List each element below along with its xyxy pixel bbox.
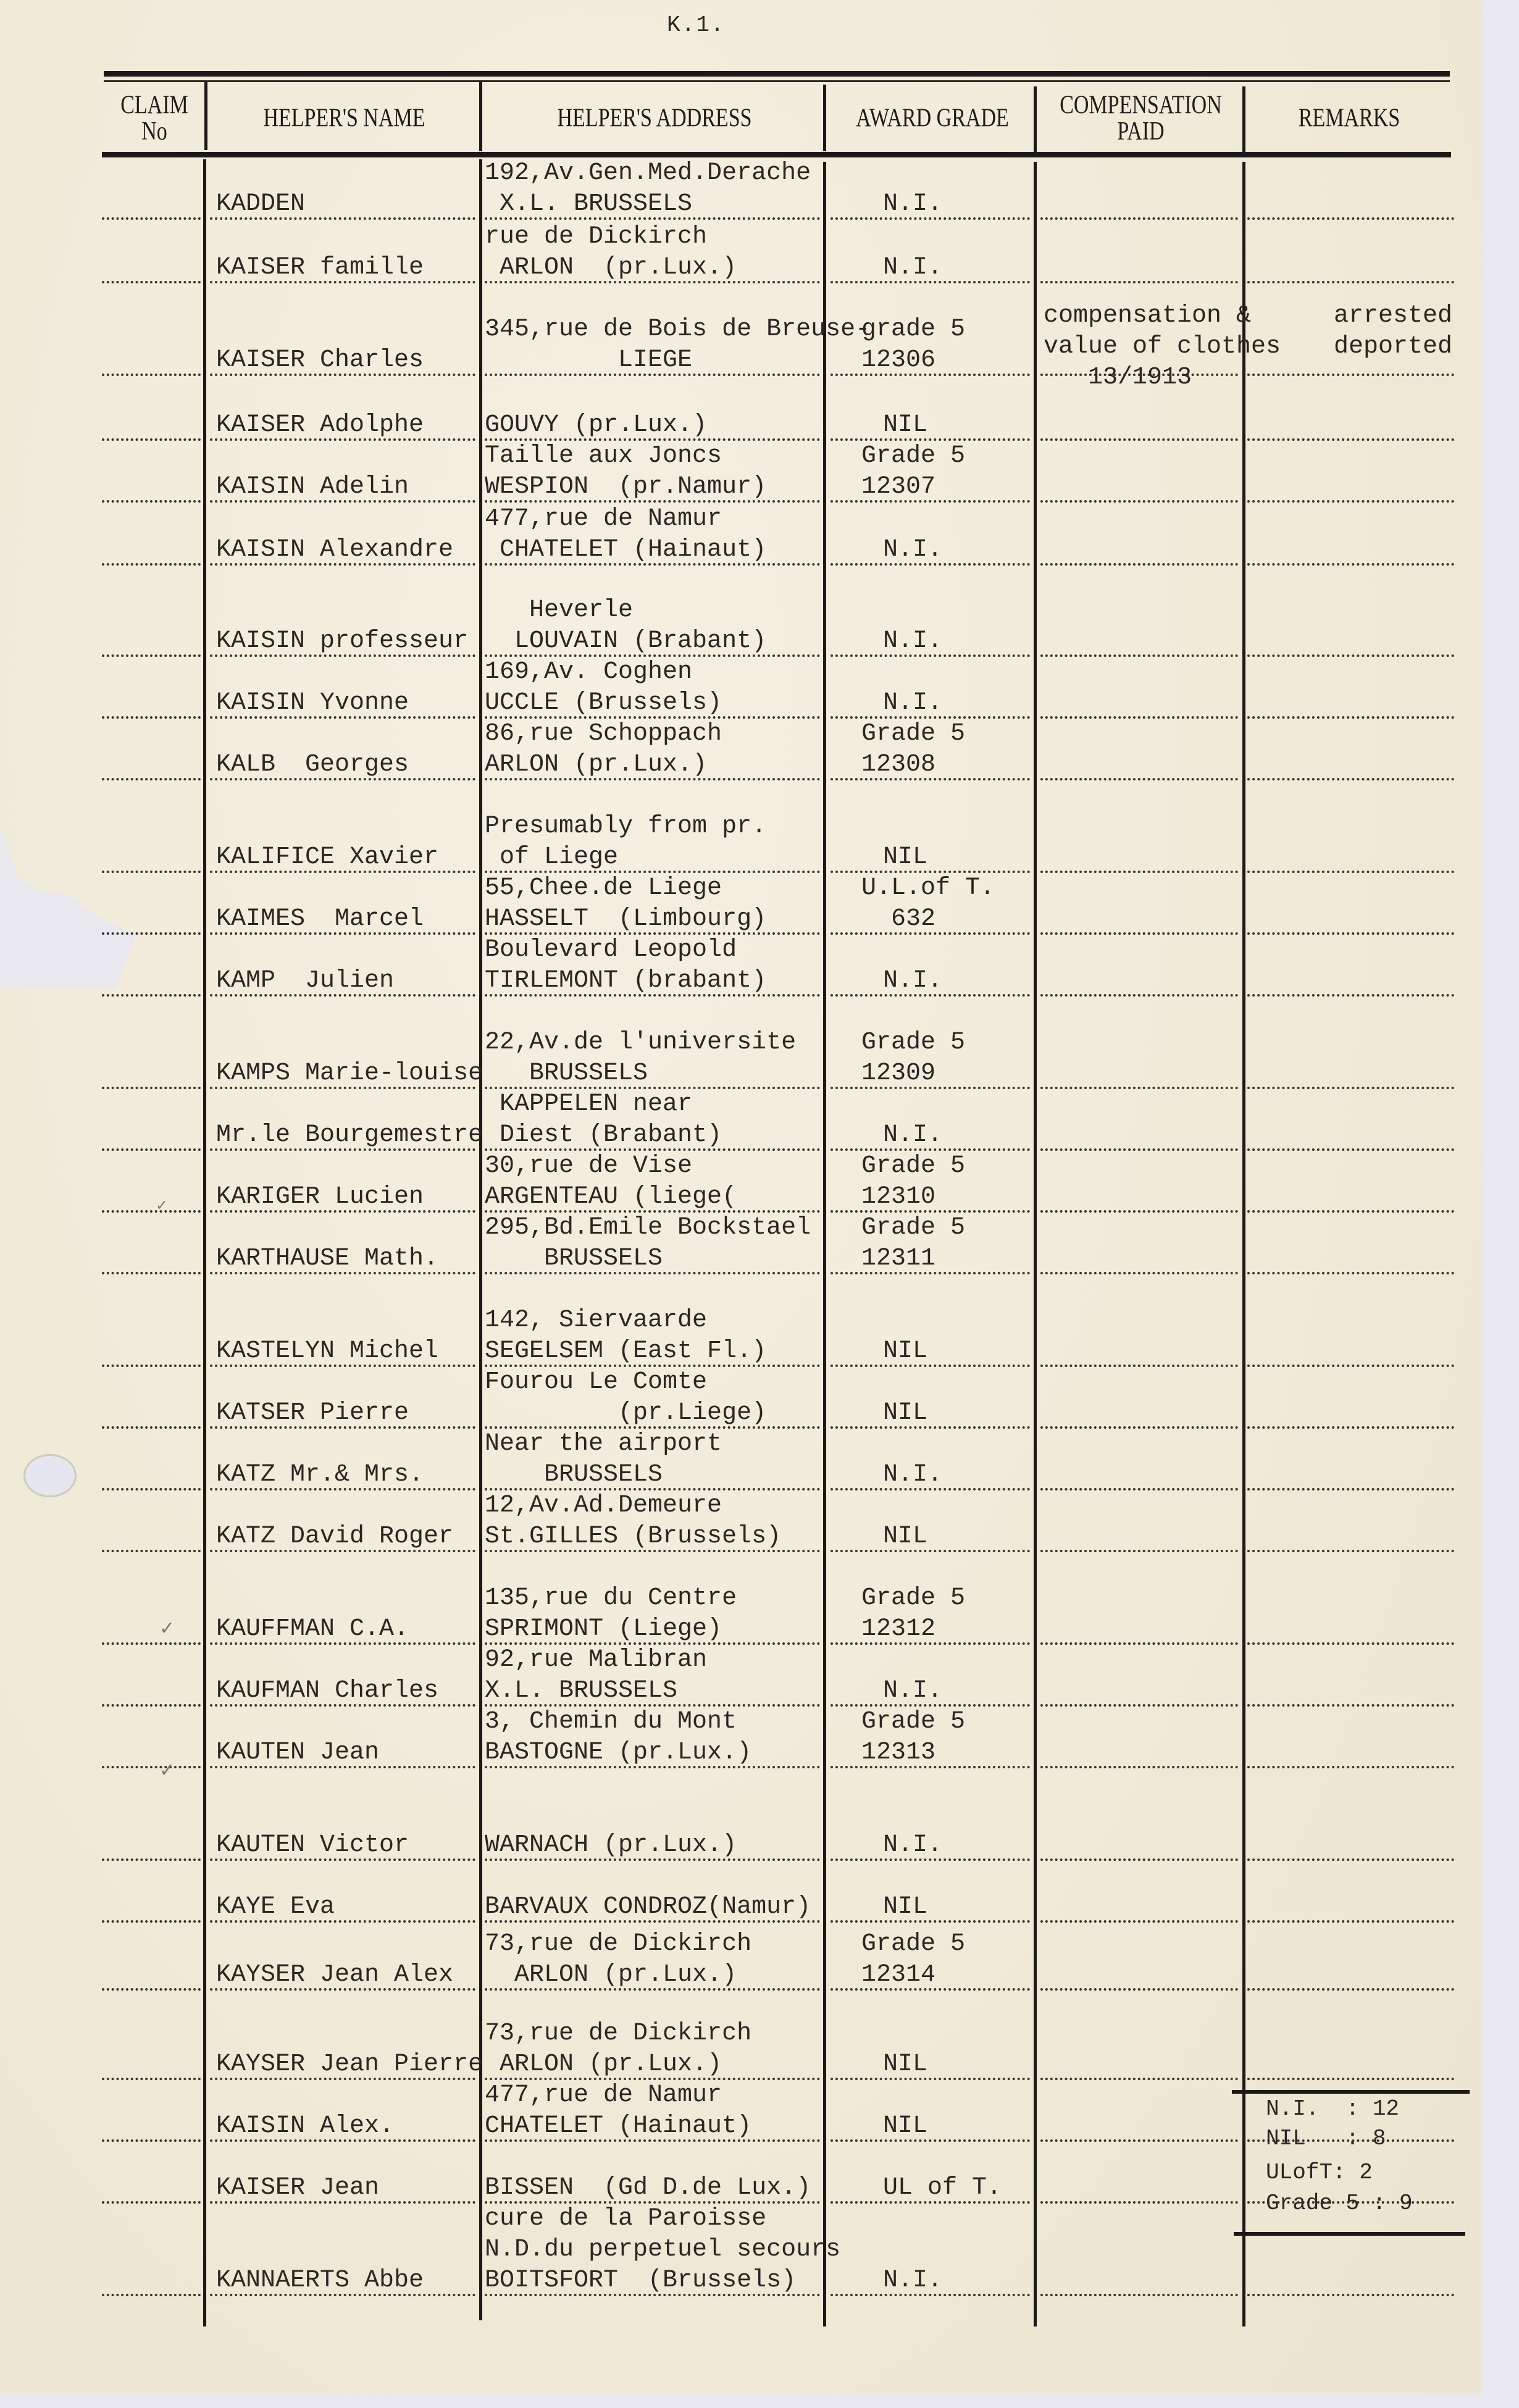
row-separator [102, 1642, 201, 1645]
row-separator [102, 374, 201, 376]
col-divider-award [1034, 162, 1037, 2326]
helper-address: 55,Chee.de Liege HASSELT (Limbourg) [485, 873, 766, 935]
remarks: arrested deported [1334, 301, 1452, 362]
page-title: K.1. [667, 12, 725, 38]
award-grade: N.I. [883, 1120, 942, 1151]
helper-address: 86,rue Schoppach ARLON (pr.Lux.) [485, 719, 722, 780]
award-grade: NIL [883, 2049, 927, 2080]
row-separator [1040, 1858, 1238, 1861]
helper-address: Near the airport BRUSSELS [485, 1429, 722, 1490]
row-separator [102, 2139, 201, 2142]
award-grade: UL of T. [883, 2173, 1002, 2204]
award-grade: N.I. [883, 189, 942, 220]
header-col-divider [1034, 86, 1037, 152]
col-divider-name [479, 159, 482, 2320]
row-separator [1247, 2294, 1454, 2296]
helper-name: KAISIN Alexandre [216, 535, 453, 566]
row-separator [102, 654, 201, 657]
helper-name: KAMPS Marie-louise [216, 1058, 483, 1089]
summary-nil-count: NIL : 8 [1266, 2124, 1386, 2154]
header-compensation-paid: COMPENSATION PAID [1037, 93, 1244, 145]
row-separator [102, 994, 201, 997]
helper-address: 92,rue Malibran X.L. BRUSSELS [485, 1645, 707, 1707]
helper-address: 22,Av.de l'universite BRUSSELS [485, 1027, 796, 1089]
row-separator [1247, 994, 1454, 997]
award-grade: N.I. [883, 688, 942, 719]
row-separator [831, 2078, 1030, 2080]
award-grade: N.I. [883, 253, 942, 283]
helper-address: 192,Av.Gen.Med.Derache X.L. BRUSSELS [485, 158, 811, 220]
row-separator [1040, 1148, 1238, 1151]
award-grade: N.I. [883, 535, 942, 566]
row-separator [102, 281, 201, 283]
helper-address: Boulevard Leopold TIRLEMONT (brabant) [485, 935, 766, 997]
helper-address: 345,rue de Bois de Breuse- LIEGE [485, 314, 870, 376]
punch-hole [23, 1454, 77, 1497]
helper-name: KALB Georges [216, 750, 409, 780]
compensation-paid: compensation & value of clothes 13/1913 [1044, 301, 1281, 393]
row-separator [831, 1426, 1030, 1429]
row-separator [1247, 1426, 1454, 1429]
row-separator [1040, 1642, 1238, 1645]
award-grade: Grade 5 12310 [861, 1151, 965, 1213]
helper-name: KARTHAUSE Math. [216, 1244, 438, 1274]
header-bottom-rule [102, 152, 1451, 157]
award-grade: N.I. [883, 1460, 942, 1490]
row-separator [102, 1550, 201, 1552]
header-col-divider [479, 82, 482, 151]
row-separator [102, 1988, 201, 1991]
helper-address: BARVAUX CONDROZ(Namur) [485, 1892, 811, 1923]
row-separator [102, 1087, 201, 1089]
helper-address: GOUVY (pr.Lux.) [485, 410, 707, 441]
summary-bottom-rule [1234, 2232, 1465, 2236]
summary-ni-count: N.I. : 12 [1266, 2094, 1399, 2124]
row-separator [1040, 1210, 1238, 1213]
helper-address: 142, Siervaarde SEGELSEM (East Fl.) [485, 1305, 766, 1367]
row-separator [1247, 281, 1454, 283]
row-separator [102, 1488, 201, 1490]
row-separator [102, 716, 201, 719]
row-separator [102, 1365, 201, 1367]
row-separator [102, 871, 201, 873]
helper-address: 3, Chemin du Mont BASTOGNE (pr.Lux.) [485, 1707, 751, 1768]
award-grade: NIL [883, 1892, 927, 1923]
award-grade: NIL [883, 410, 927, 441]
helper-address: 295,Bd.Emile Bockstael BRUSSELS [485, 1213, 811, 1274]
row-separator [1040, 932, 1238, 935]
row-separator [102, 1426, 201, 1429]
row-separator [1247, 932, 1454, 935]
header-col-divider [1242, 86, 1245, 152]
row-separator [1040, 1272, 1238, 1274]
helper-address: KAPPELEN near Diest (Brabant) [485, 1089, 722, 1151]
award-grade: Grade 5 12313 [861, 1707, 965, 1768]
helper-name: KATZ David Roger [216, 1521, 453, 1552]
award-grade: Grade 5 12312 [861, 1583, 965, 1645]
helper-address: 169,Av. Coghen UCCLE (Brussels) [485, 657, 722, 719]
row-separator [1247, 2078, 1454, 2080]
row-separator [1040, 217, 1238, 220]
row-separator [102, 438, 201, 441]
helper-address: WARNACH (pr.Lux.) [485, 1830, 737, 1861]
helper-name: KAISIN Alex. [216, 2111, 394, 2142]
award-grade: U.L.of T. 632 [861, 873, 995, 935]
row-separator [102, 1704, 201, 1707]
row-separator [1247, 654, 1454, 657]
helper-address: 477,rue de Namur CHATELET (Hainaut) [485, 504, 766, 566]
row-separator [1247, 1488, 1454, 1490]
row-separator [1247, 1210, 1454, 1213]
award-grade: Grade 5 12311 [861, 1213, 965, 1274]
header-top-thin-rule [104, 80, 1450, 82]
row-separator [102, 217, 201, 220]
row-separator [831, 1920, 1030, 1923]
header-remarks: REMARKS [1244, 106, 1454, 132]
row-separator [102, 778, 201, 780]
helper-address: BISSEN (Gd D.de Lux.) [485, 2173, 811, 2204]
row-separator [1040, 654, 1238, 657]
summary-top-rule [1232, 2090, 1470, 2094]
header-award-grade: AWARD GRADE [827, 106, 1037, 132]
helper-name: KAUTEN Jean [216, 1737, 379, 1768]
row-separator [1247, 1550, 1454, 1552]
row-separator [1040, 1988, 1238, 1991]
row-separator [1247, 217, 1454, 220]
col-divider-claim [203, 159, 206, 2326]
helper-name: KATZ Mr.& Mrs. [216, 1460, 424, 1490]
helper-name: KAUFMAN Charles [216, 1676, 438, 1707]
helper-name: KAISER famille [216, 253, 424, 283]
row-separator [102, 2201, 201, 2204]
header-col-divider [204, 82, 207, 150]
row-separator [102, 932, 201, 935]
row-separator [1247, 563, 1454, 566]
row-separator [1247, 1642, 1454, 1645]
award-grade: N.I. [883, 966, 942, 997]
row-separator [102, 1858, 201, 1861]
award-grade: NIL [883, 2111, 927, 2142]
row-separator [1247, 1988, 1454, 1991]
helper-address: Presumably from pr. of Liege [485, 811, 766, 873]
row-separator [1247, 1087, 1454, 1089]
helper-name: KAIMES Marcel [216, 904, 424, 935]
row-separator [1247, 500, 1454, 503]
row-separator [102, 1272, 201, 1274]
helper-name: KAISIN professeur [216, 626, 468, 657]
award-grade: Grade 5 12309 [861, 1027, 965, 1089]
helper-name: KATSER Pierre [216, 1398, 409, 1429]
header-col-divider [823, 85, 826, 151]
header-helper-name: HELPER'S NAME [207, 106, 482, 132]
helper-address: 30,rue de Vise ARGENTEAU (liege( [485, 1151, 737, 1213]
helper-address: Fourou Le Comte (pr.Liege) [485, 1367, 766, 1429]
row-separator [1040, 1426, 1238, 1429]
torn-edge [0, 827, 136, 988]
row-separator [1040, 2201, 1238, 2204]
row-separator [1040, 1920, 1238, 1923]
row-separator [102, 1148, 201, 1151]
row-separator [1247, 716, 1454, 719]
row-separator [1247, 1272, 1454, 1274]
helper-name: KAYSER Jean Pierre [216, 2049, 483, 2080]
helper-address: 12,Av.Ad.Demeure St.GILLES (Brussels) [485, 1490, 781, 1552]
helper-address: Heverle LOUVAIN (Brabant) [485, 595, 766, 657]
helper-name: KAISIN Adelin [216, 472, 409, 503]
award-grade: Grade 5 12307 [861, 441, 965, 503]
helper-name: KAISIN Yvonne [216, 688, 409, 719]
row-separator [102, 2078, 201, 2080]
col-divider-compensation [1242, 162, 1245, 2326]
award-grade: Grade 5 12308 [861, 719, 965, 780]
row-separator [1247, 438, 1454, 441]
helper-name: KAISER Charles [216, 345, 424, 376]
helper-name: KADDEN [216, 189, 305, 220]
row-separator [1040, 2139, 1238, 2142]
helper-address: 135,rue du Centre SPRIMONT (Liege) [485, 1583, 737, 1645]
row-separator [1247, 1920, 1454, 1923]
award-grade: NIL [883, 842, 927, 873]
row-separator [102, 1766, 201, 1768]
row-separator [1040, 281, 1238, 283]
helper-address: 477,rue de Namur CHATELET (Hainaut) [485, 2080, 751, 2142]
margin-check-icon: ✓ [156, 1197, 168, 1214]
row-separator [831, 2139, 1030, 2142]
award-grade: N.I. [883, 626, 942, 657]
award-grade: grade 5 12306 [861, 314, 965, 376]
award-grade: N.I. [883, 1676, 942, 1707]
award-grade: NIL [883, 1521, 927, 1552]
helper-address: rue de Dickirch ARLON (pr.Lux.) [485, 222, 737, 283]
helper-name: KANNAERTS Abbe [216, 2265, 424, 2296]
helper-name: KAYSER Jean Alex [216, 1960, 453, 1991]
helper-name: KAYE Eva [216, 1892, 335, 1923]
row-separator [1247, 1365, 1454, 1367]
row-separator [1040, 1488, 1238, 1490]
check-icon: ✓ [159, 1618, 175, 1639]
row-separator [1040, 438, 1238, 441]
row-separator [1247, 1148, 1454, 1151]
row-separator [1247, 778, 1454, 780]
row-separator [1040, 2294, 1238, 2296]
row-separator [1040, 778, 1238, 780]
row-separator [102, 500, 201, 503]
summary-uloft-count: ULofT: 2 [1266, 2158, 1373, 2188]
helper-name: KAUFFMAN C.A. [216, 1614, 409, 1645]
col-divider-address [823, 162, 826, 2326]
award-grade: N.I. [883, 2265, 942, 2296]
helper-address: 73,rue de Dickirch ARLON (pr.Lux.) [485, 1929, 751, 1991]
helper-name: KAMP Julien [216, 966, 394, 997]
award-grade: NIL [883, 1398, 927, 1429]
helper-address: 73,rue de Dickirch ARLON (pr.Lux.) [485, 2018, 751, 2080]
helper-name: KASTELYN Michel [216, 1336, 438, 1367]
helper-address: Taille aux Joncs WESPION (pr.Namur) [485, 441, 766, 503]
row-separator [102, 563, 201, 566]
row-separator [1040, 1766, 1238, 1768]
row-separator [102, 1920, 201, 1923]
helper-name: Mr.le Bourgemestre [216, 1120, 483, 1151]
header-claim-no: CLAIM No [105, 93, 204, 145]
row-separator [1040, 1550, 1238, 1552]
header-helper-address: HELPER'S ADDRESS [482, 106, 827, 132]
row-separator [831, 1550, 1030, 1552]
award-grade: N.I. [883, 1830, 942, 1861]
row-separator [831, 1365, 1030, 1367]
row-separator [1040, 500, 1238, 503]
helper-name: KAISER Jean [216, 2173, 379, 2204]
row-separator [1040, 716, 1238, 719]
row-separator [1247, 1704, 1454, 1707]
header-top-rule [104, 71, 1450, 77]
row-separator [1247, 871, 1454, 873]
row-separator [1040, 1365, 1238, 1367]
row-separator [102, 1210, 201, 1213]
helper-name: KARIGER Lucien [216, 1182, 424, 1213]
award-grade: Grade 5 12314 [861, 1929, 965, 1991]
row-separator [1247, 1766, 1454, 1768]
row-separator [1040, 1704, 1238, 1707]
helper-name: KAUTEN Victor [216, 1830, 409, 1861]
row-separator [102, 2294, 201, 2296]
row-separator [1040, 2078, 1238, 2080]
row-separator [1247, 1858, 1454, 1861]
helper-address: cure de la Paroisse N.D.du perpetuel sec… [485, 2204, 840, 2296]
row-separator [1040, 871, 1238, 873]
helper-name: KALIFICE Xavier [216, 842, 438, 873]
document-page: K.1. CLAIM No HELPER'S NAME HELPER'S ADD… [0, 0, 1482, 2393]
summary-grade5-count: Grade 5 : 9 [1266, 2189, 1413, 2218]
award-grade: NIL [883, 1336, 927, 1367]
row-separator [1040, 563, 1238, 566]
row-separator [1040, 1087, 1238, 1089]
check-icon: ✓ [159, 1760, 175, 1781]
row-separator [1040, 994, 1238, 997]
helper-name: KAISER Adolphe [216, 410, 424, 441]
